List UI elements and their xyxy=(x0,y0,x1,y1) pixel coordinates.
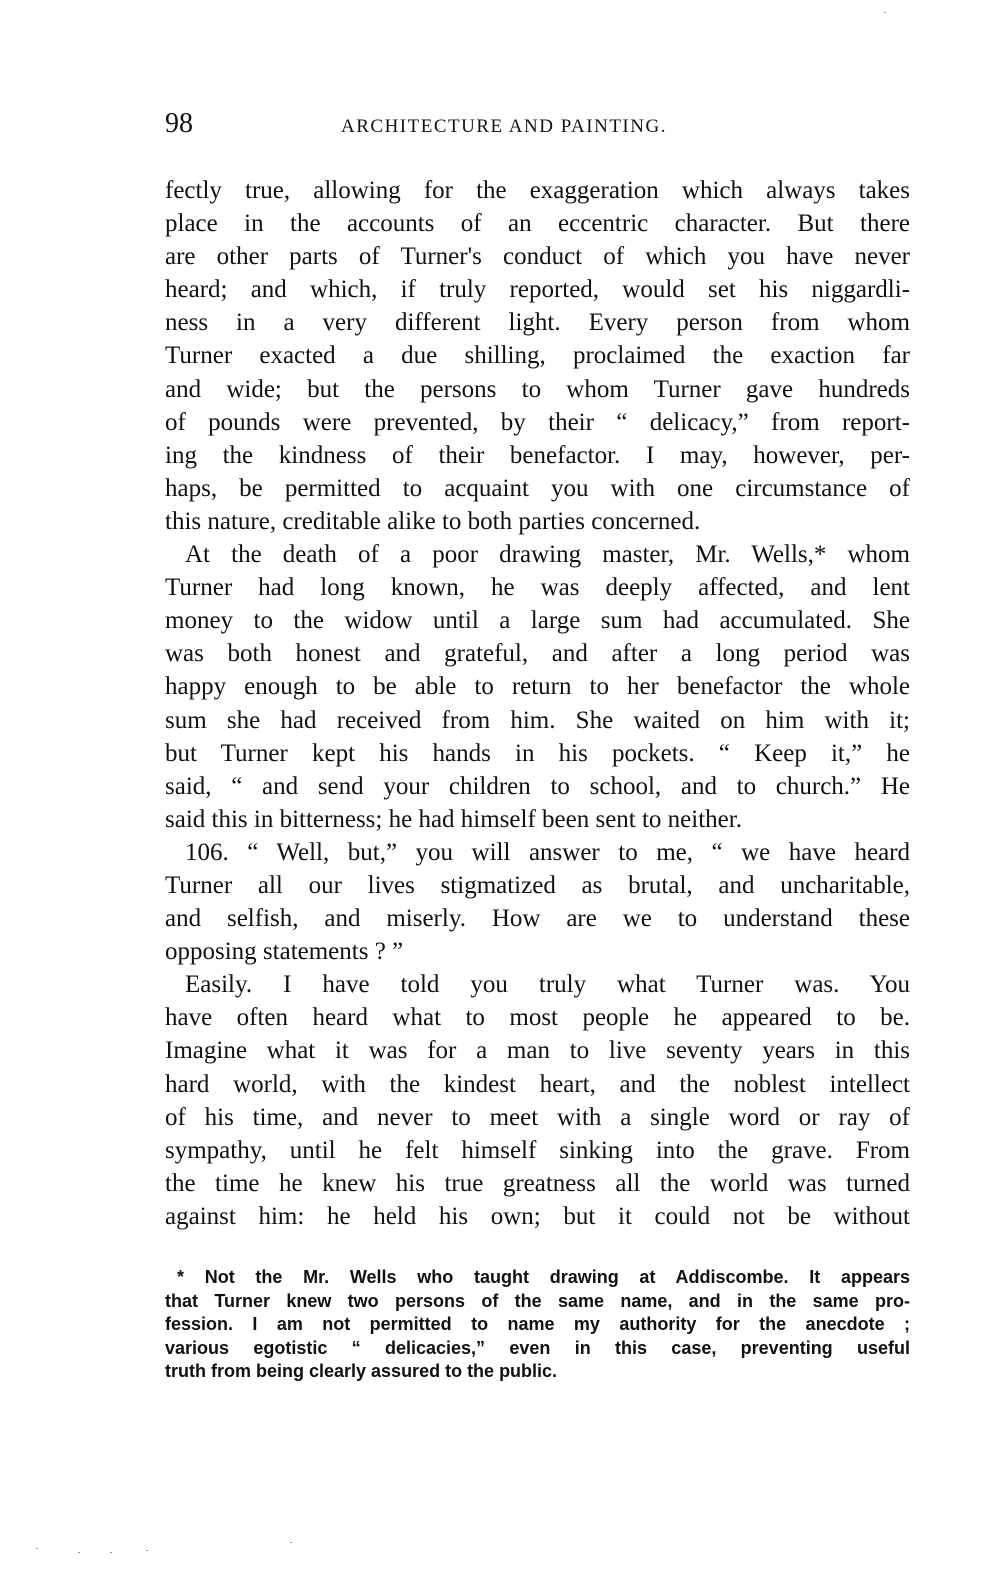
text-line: ing the kindness of their benefactor. I … xyxy=(165,439,910,472)
text-line: heard; and which, if truly reported, wou… xyxy=(165,273,910,306)
text-line: haps, be permitted to acquaint you with … xyxy=(165,472,910,505)
page-number: 98 xyxy=(165,108,193,140)
scan-speck xyxy=(884,12,886,13)
text-line: was both honest and grateful, and after … xyxy=(165,637,910,670)
footnote-line: various egotistic “ delicacies,” even in… xyxy=(165,1337,910,1361)
footnote-line: fession. I am not permitted to name my a… xyxy=(165,1313,910,1337)
scan-speck xyxy=(290,1542,292,1543)
book-page: 98 ARCHITECTURE AND PAINTING. fectly tru… xyxy=(0,0,1000,1578)
text-line: Turner had long known, he was deeply aff… xyxy=(165,571,910,604)
text-line: Turner exacted a due shilling, proclaime… xyxy=(165,339,910,372)
text-line: At the death of a poor drawing master, M… xyxy=(165,538,910,571)
text-line: and wide; but the persons to whom Turner… xyxy=(165,373,910,406)
footnote-line: truth from being clearly assured to the … xyxy=(165,1360,910,1384)
text-line: place in the accounts of an eccentric ch… xyxy=(165,207,910,240)
text-line: said this in bitterness; he had himself … xyxy=(165,803,910,836)
footnote-line: that Turner knew two persons of the same… xyxy=(165,1290,910,1314)
page-header: 98 ARCHITECTURE AND PAINTING. xyxy=(165,108,910,148)
footnote: * Not the Mr. Wells who taught drawing a… xyxy=(165,1266,910,1384)
scan-speck xyxy=(78,1552,80,1553)
scan-speck xyxy=(146,1550,148,1551)
text-line: Easily. I have told you truly what Turne… xyxy=(165,968,910,1001)
text-line: are other parts of Turner's conduct of w… xyxy=(165,240,910,273)
scan-speck xyxy=(36,1548,38,1549)
text-line: the time he knew his true greatness all … xyxy=(165,1167,910,1200)
text-line: said, “ and send your children to school… xyxy=(165,770,910,803)
text-line: this nature, creditable alike to both pa… xyxy=(165,505,910,538)
footnote-line: * Not the Mr. Wells who taught drawing a… xyxy=(165,1266,910,1290)
running-title: ARCHITECTURE AND PAINTING. xyxy=(341,116,667,138)
text-line: and selfish, and miserly. How are we to … xyxy=(165,902,910,935)
body-text: fectly true, allowing for the exaggerati… xyxy=(165,174,910,1233)
text-line: happy enough to be able to return to her… xyxy=(165,670,910,703)
text-line: of his time, and never to meet with a si… xyxy=(165,1101,910,1134)
text-line: of pounds were prevented, by their “ del… xyxy=(165,406,910,439)
text-line: Turner all our lives stigmatized as brut… xyxy=(165,869,910,902)
text-line: but Turner kept his hands in his pockets… xyxy=(165,737,910,770)
text-line: sum she had received from him. She waite… xyxy=(165,704,910,737)
scan-speck xyxy=(110,1552,112,1553)
text-line: against him: he held his own; but it cou… xyxy=(165,1200,910,1233)
text-line: ness in a very different light. Every pe… xyxy=(165,306,910,339)
text-line: Imagine what it was for a man to live se… xyxy=(165,1034,910,1067)
text-line: money to the widow until a large sum had… xyxy=(165,604,910,637)
text-line: fectly true, allowing for the exaggerati… xyxy=(165,174,910,207)
text-line: have often heard what to most people he … xyxy=(165,1001,910,1034)
text-line: hard world, with the kindest heart, and … xyxy=(165,1068,910,1101)
text-line: opposing statements ? ” xyxy=(165,935,910,968)
text-line: 106. “ Well, but,” you will answer to me… xyxy=(165,836,910,869)
text-line: sympathy, until he felt himself sinking … xyxy=(165,1134,910,1167)
